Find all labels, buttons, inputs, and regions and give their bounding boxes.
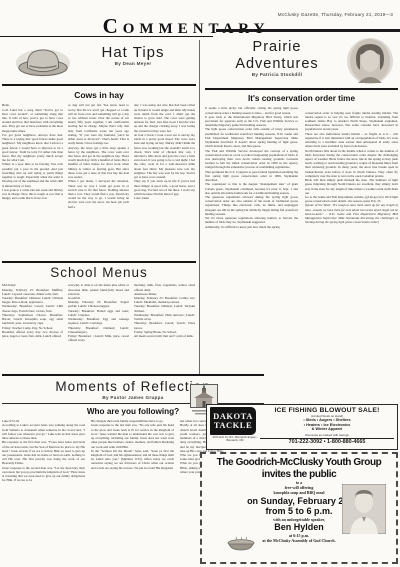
prairie-column-1: It seems a little picky, but officially … — [205, 106, 298, 389]
speaker-photo — [342, 484, 386, 534]
column-divider — [199, 40, 200, 376]
hat-tips-byline: By Dean Meyer — [74, 61, 192, 66]
reflection-rule-top — [2, 374, 264, 376]
school-menus-body: McClusky: Monday, February 25: Breakfast… — [2, 283, 196, 367]
reflection-column-1: Luke 9:57-62 According to Luke's account… — [2, 419, 85, 537]
prairie-body: It seems a little picky, but officially … — [205, 106, 398, 389]
menus-rule — [2, 261, 196, 263]
prairie-title-line1: Prairie — [253, 39, 302, 55]
author-portrait-photo — [346, 37, 394, 85]
prairie-title-line2: Adventures — [235, 56, 318, 72]
quote-of-the-week: (Quote of the Week: "It's tough to have … — [305, 203, 398, 224]
hat-tips-rule — [2, 84, 196, 86]
prairie-byline: By Patricia Stockdill — [209, 72, 345, 77]
section-hat-tips: Hat Tips By Dean Meyer Cows in hay Hello… — [2, 40, 196, 254]
prairie-rule — [205, 88, 398, 90]
youth-title-line2: invites the public — [262, 469, 336, 480]
reflection-byline: By Pastor James Gruppa — [2, 395, 264, 400]
dakota-headline: ICE FISHING BLOWOUT SALE! — [260, 407, 394, 414]
youth-group-ad: The Goodrich-McClusky Youth Group invite… — [200, 452, 398, 564]
section-prairie-adventures: Prairie Adventures By Patricia Stockdill… — [205, 36, 398, 389]
menus-column-mcclusky: McClusky: Monday, February 25: Breakfast… — [2, 283, 63, 367]
menus-column-goodrich: everyday is what is on the menu plus whi… — [68, 283, 129, 367]
dakota-tackle-ad: DAKOTA TACKLE 3071 Exit 1C Rd • Bismarck… — [206, 404, 398, 450]
section-school-menus: School Menus McClusky: Monday, February … — [2, 261, 196, 367]
dakota-address: 3071 Exit 1C Rd • Bismarck Expwy • Bisma… — [210, 436, 260, 443]
prairie-column-2-text: conservation order is helping save fragi… — [305, 111, 398, 204]
soup-bowl-icon — [226, 536, 256, 551]
cowboy-hat-photo — [14, 42, 72, 80]
hat-tips-column-1: Hello, Corb Lund has a song titled "You'… — [2, 103, 63, 254]
dakota-logo-line2: TACKLE — [210, 421, 256, 430]
dakota-phone: 701-222-3092 • 1-800-880-4665 — [260, 438, 394, 446]
hat-tips-column-2: or dug will not get fed. You never need … — [68, 103, 129, 254]
hat-tips-headline: Cows in hay — [2, 90, 196, 100]
newspaper-page: McClusky Gazette, Thursday, February 21,… — [0, 0, 400, 567]
dakota-savings-note: Discounts as marked with savings — [260, 433, 394, 437]
prairie-column-2: conservation order is helping save fragi… — [305, 106, 398, 389]
youth-title-line1: The Goodrich-McClusky Youth Group — [217, 457, 382, 468]
title-rule-left — [0, 36, 213, 37]
dakota-tackle-logo: DAKOTA TACKLE — [210, 407, 256, 435]
reflection-column-2: His disciple then even family responsibi… — [91, 419, 174, 537]
hat-tips-body: Hello, Corb Lund has a song titled "You'… — [2, 103, 196, 254]
title-rule-right — [216, 29, 400, 32]
dakota-item-line-3: & Winter Apparel — [260, 427, 394, 432]
school-menus-title: School Menus — [2, 265, 196, 280]
reflection-title: Moments of Reflection — [2, 379, 264, 394]
hat-tips-title: Hat Tips — [74, 44, 192, 61]
prairie-headline: It's conservation order time — [205, 94, 398, 103]
hat-tips-column-3: day. I was using old wire that had been … — [134, 103, 195, 254]
menus-column-anamoose-drake: morning; milk, fruit, vegetables, lettuc… — [134, 283, 195, 367]
